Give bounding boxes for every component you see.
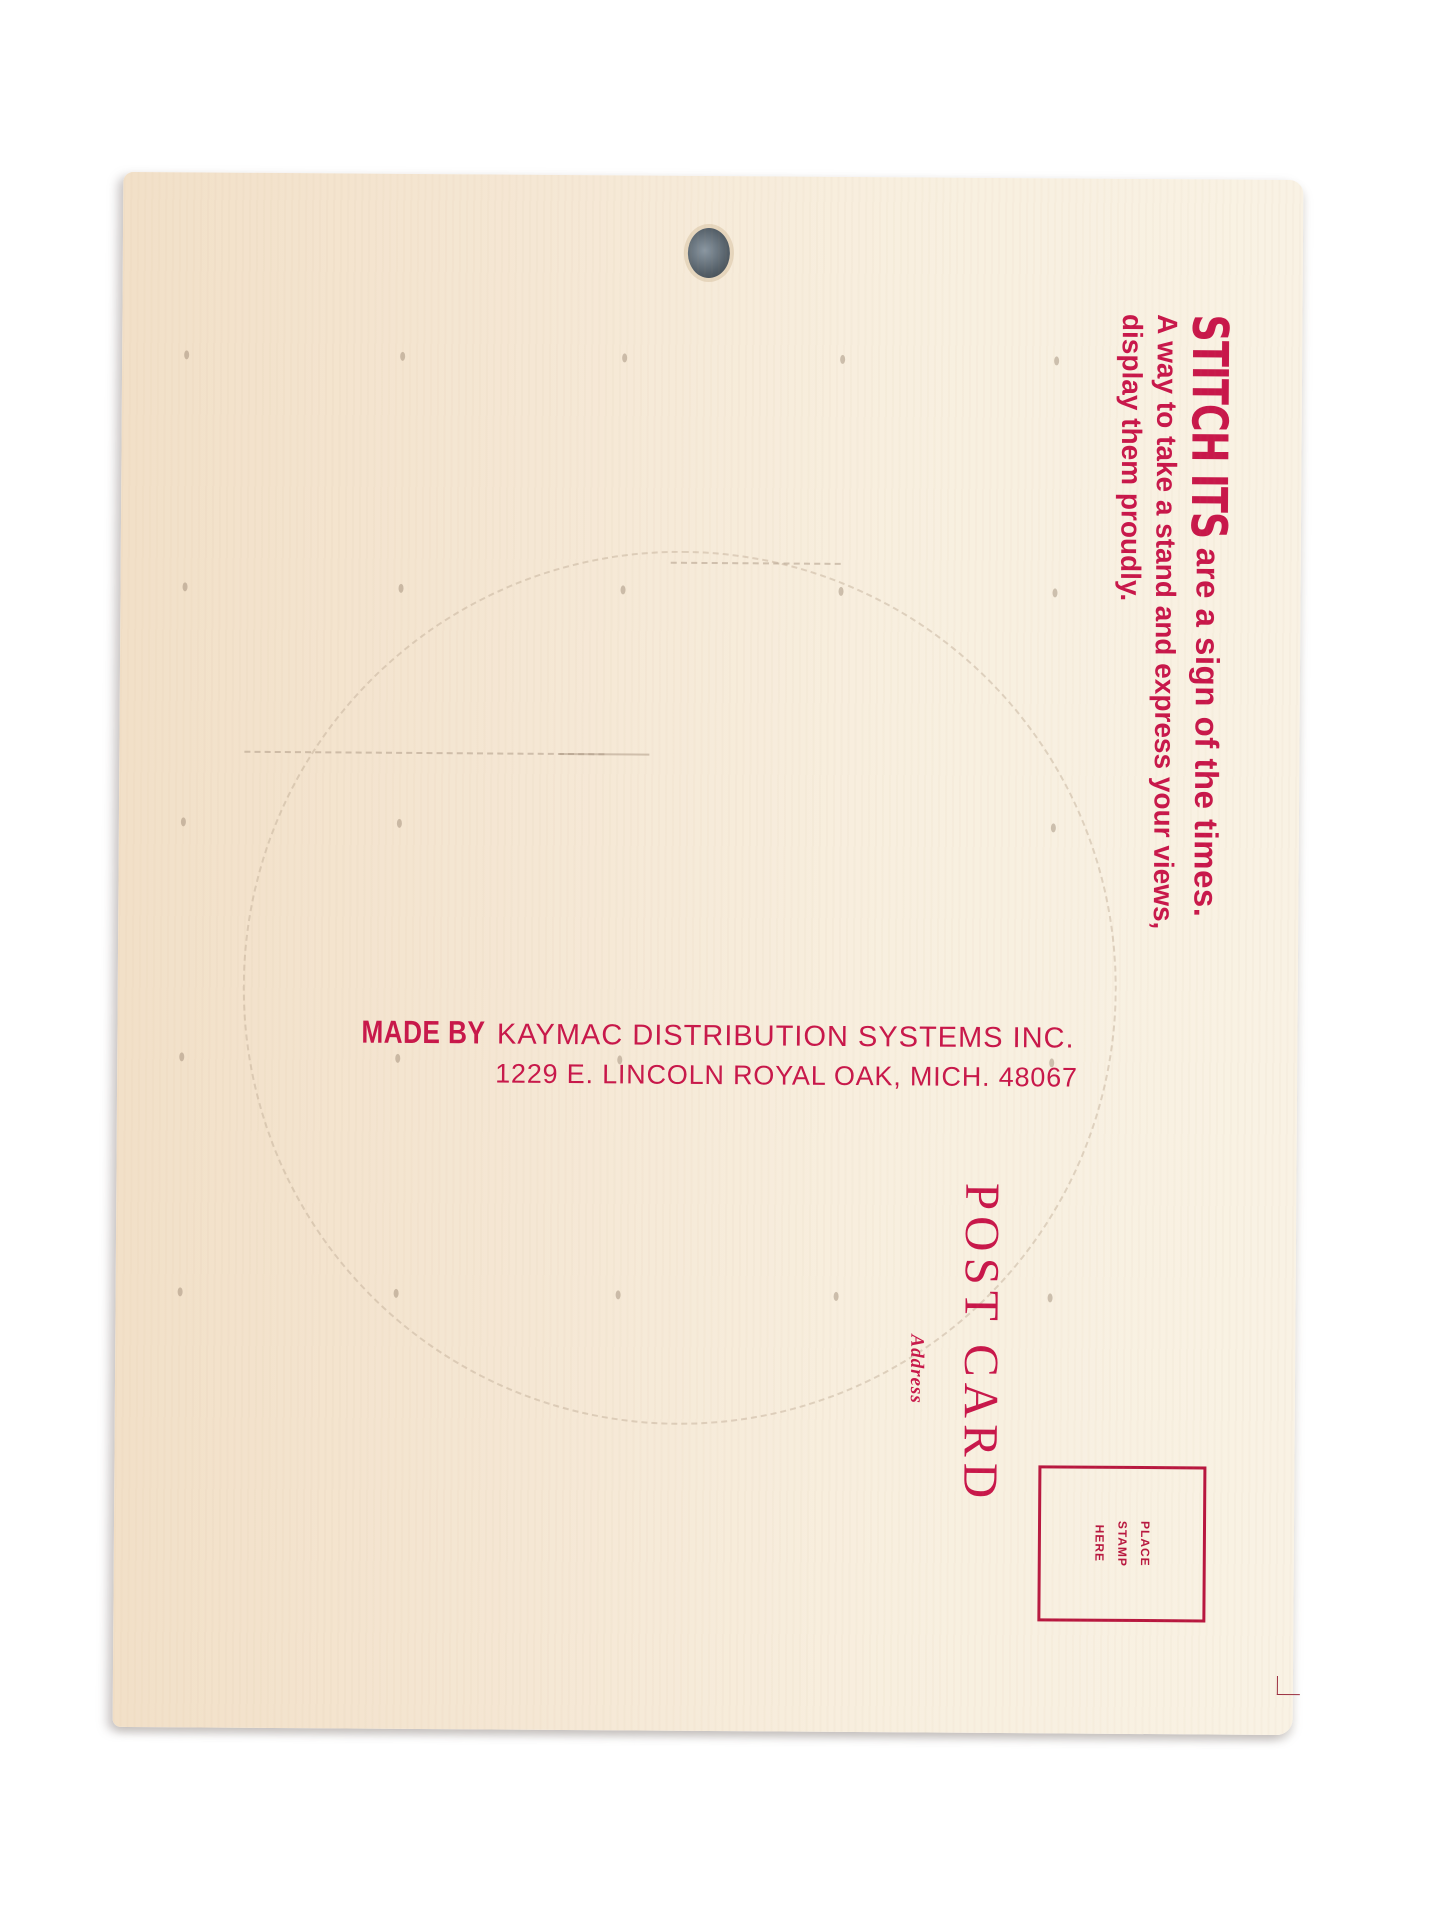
emboss-dot: [1052, 588, 1057, 597]
emboss-dot: [400, 352, 405, 361]
company-name: KAYMAC DISTRIBUTION SYSTEMS INC.: [497, 1019, 1075, 1055]
emboss-dot: [184, 350, 189, 359]
emboss-dot: [622, 353, 627, 362]
stamp-text-line1: PLACE: [1133, 1521, 1156, 1567]
emboss-dot: [183, 582, 188, 591]
emboss-dot: [838, 587, 843, 596]
emboss-dot: [840, 355, 845, 364]
stamp-text-line3: HERE: [1088, 1521, 1111, 1567]
emboss-dot: [397, 819, 402, 828]
corner-crop-mark: [1277, 1676, 1300, 1695]
manufacturer-line: MADE BY KAYMAC DISTRIBUTION SYSTEMS INC.: [361, 1014, 1074, 1056]
emboss-dot: [621, 585, 626, 594]
brand-tagline-line3: display them proudly.: [1111, 314, 1150, 929]
made-by-label: MADE BY: [361, 1014, 485, 1052]
brand-tagline-block: STITCH ITS are a sign of the times. A wa…: [1111, 314, 1233, 930]
emboss-dot: [399, 584, 404, 593]
emboss-dot: [394, 1289, 399, 1298]
emboss-dot: [616, 1290, 621, 1299]
emboss-dot: [1054, 356, 1059, 365]
hang-hole: [688, 228, 730, 278]
emboss-dot: [179, 1052, 184, 1061]
emboss-dot: [181, 817, 186, 826]
postcard-heading: POST CARD: [952, 1183, 1011, 1505]
stamp-text-line2: STAMP: [1110, 1521, 1133, 1567]
brand-tagline-line1: STITCH ITS are a sign of the times.: [1181, 314, 1233, 930]
emboss-dot: [395, 1054, 400, 1063]
emboss-dot: [834, 1292, 839, 1301]
emboss-dot: [178, 1287, 183, 1296]
emboss-dot: [1051, 823, 1056, 832]
emboss-dot: [1048, 1293, 1053, 1302]
postcard-back: STITCH ITS are a sign of the times. A wa…: [113, 172, 1304, 1735]
address-label: Address: [905, 1334, 927, 1403]
stamp-box-text: PLACE STAMP HERE: [1088, 1521, 1157, 1568]
brand-name: STITCH ITS: [1176, 314, 1239, 538]
company-address: 1229 E. LINCOLN ROYAL OAK, MICH. 48067: [495, 1059, 1078, 1094]
brand-tagline-text: are a sign of the times.: [1187, 538, 1227, 918]
stamp-box: PLACE STAMP HERE: [1037, 1465, 1206, 1622]
